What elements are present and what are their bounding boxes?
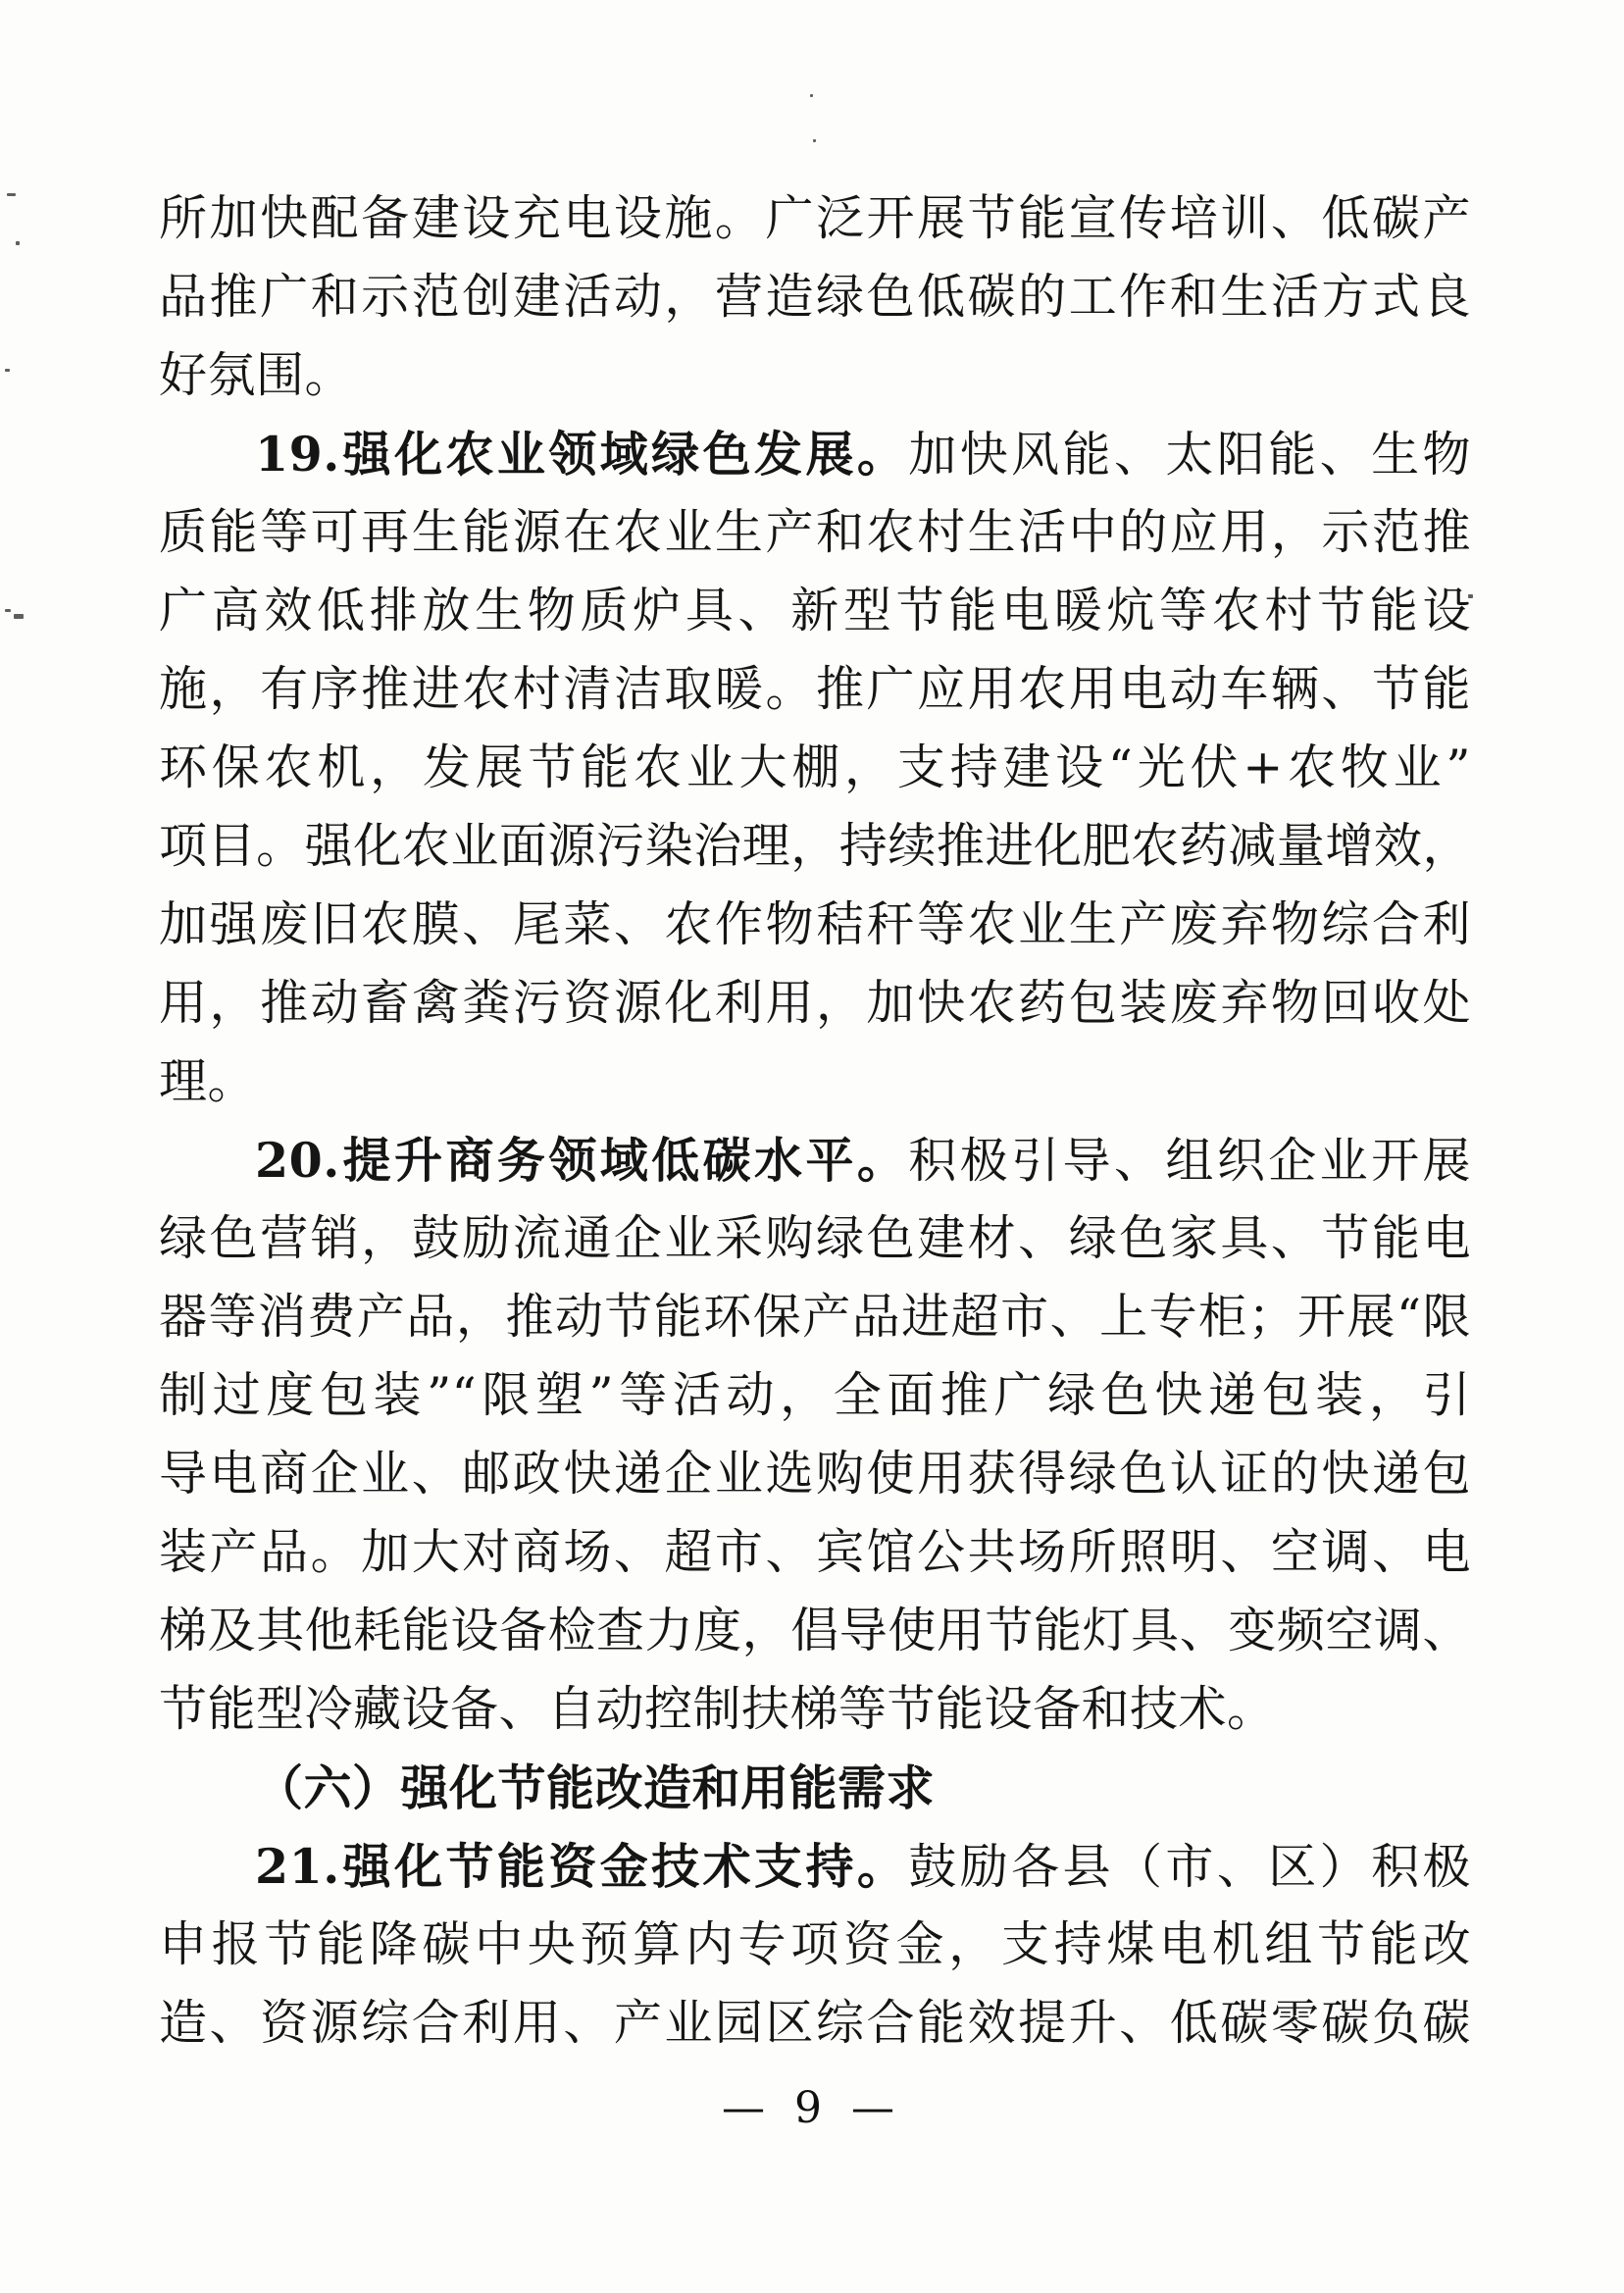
para-19-heading: 19.强化农业领域绿色发展。 xyxy=(255,426,908,483)
text-line-16: 制过度包装”“限塑”等活动，全面推广绿色快递包装，引 xyxy=(159,1356,1471,1435)
text-line-5: 质能等可再生能源在农业生产和农村生活中的应用，示范推 xyxy=(159,493,1471,572)
line-11-text: 用，推动畜禽粪污资源化利用，加快农药包装废弃物回收处 xyxy=(159,975,1471,1031)
text-line-17: 导电商企业、邮政快递企业选购使用获得绿色认证的快递包 xyxy=(159,1435,1471,1513)
text-line-18: 装产品。加大对商场、超市、宾馆公共场所照明、空调、电 xyxy=(159,1513,1471,1592)
text-line-9: 项目。强化农业面源污染治理，持续推进化肥农药减量增效， xyxy=(159,807,1471,886)
document-body: 所加快配备建设充电设施。广泛开展节能宣传培训、低碳产 品推广和示范创建活动，营造… xyxy=(159,179,1471,2063)
margin-speck xyxy=(5,369,10,372)
text-line-24: 造、资源综合利用、产业园区综合能效提升、低碳零碳负碳 xyxy=(159,1984,1471,2063)
margin-speck xyxy=(5,609,11,612)
section-6-heading: （六）强化节能改造和用能需求 xyxy=(255,1759,935,1816)
line-8-text: 环保农机，发展节能农业大棚，支持建设“光伏+农牧业” xyxy=(159,739,1471,795)
line-22-text: 鼓励各县（市、区）积极 xyxy=(908,1839,1471,1895)
text-line-8: 环保农机，发展节能农业大棚，支持建设“光伏+农牧业” xyxy=(159,729,1471,807)
line-12-text: 理。 xyxy=(159,1053,256,1109)
text-line-7: 施，有序推进农村清洁取暖。推广应用农用电动车辆、节能 xyxy=(159,650,1471,729)
text-line-1: 所加快配备建设充电设施。广泛开展节能宣传培训、低碳产 xyxy=(159,179,1471,258)
text-line-14: 绿色营销，鼓励流通企业采购绿色建材、绿色家具、节能电 xyxy=(159,1199,1471,1278)
line-3-text: 好氛围。 xyxy=(159,347,353,403)
line-16-text: 制过度包装”“限塑”等活动，全面推广绿色快递包装，引 xyxy=(159,1367,1471,1423)
line-10-text: 加强废旧农膜、尾菜、农作物秸秆等农业生产废弃物综合利 xyxy=(159,896,1471,952)
margin-speck xyxy=(810,94,813,97)
page-number: — 9 — xyxy=(0,2083,1624,2133)
line-7-text: 施，有序推进农村清洁取暖。推广应用农用电动车辆、节能 xyxy=(159,661,1471,717)
line-15-text: 器等消费产品，推动节能环保产品进超市、上专柜；开展“限 xyxy=(159,1289,1471,1345)
text-line-3: 好氛围。 xyxy=(159,336,1471,415)
line-6-text: 广高效低排放生物质炉具、新型节能电暖炕等农村节能设 xyxy=(159,583,1471,638)
margin-speck xyxy=(813,139,816,142)
text-line-15: 器等消费产品，推动节能环保产品进超市、上专柜；开展“限 xyxy=(159,1278,1471,1356)
document-page: 所加快配备建设充电设施。广泛开展节能宣传培训、低碳产 品推广和示范创建活动，营造… xyxy=(0,0,1624,2293)
text-line-2: 品推广和示范创建活动，营造绿色低碳的工作和生活方式良 xyxy=(159,258,1471,336)
line-23-text: 申报节能降碳中央预算内专项资金，支持煤电机组节能改 xyxy=(159,1916,1471,1972)
text-line-23: 申报节能降碳中央预算内专项资金，支持煤电机组节能改 xyxy=(159,1906,1471,1984)
line-4-text: 加快风能、太阳能、生物 xyxy=(908,427,1471,483)
text-line-12: 理。 xyxy=(159,1043,1471,1121)
margin-speck xyxy=(14,614,24,619)
line-5-text: 质能等可再生能源在农业生产和农村生活中的应用，示范推 xyxy=(159,504,1471,560)
line-19-text: 梯及其他耗能设备检查力度，倡导使用节能灯具、变频空调、 xyxy=(159,1603,1471,1658)
text-line-22: 21.强化节能资金技术支持。鼓励各县（市、区）积极 xyxy=(159,1827,1471,1906)
section-6-heading-line: （六）强化节能改造和用能需求 xyxy=(159,1749,1471,1827)
para-20-heading: 20.提升商务领域低碳水平。 xyxy=(255,1132,908,1189)
text-line-20: 节能型冷藏设备、自动控制扶梯等节能设备和技术。 xyxy=(159,1670,1471,1749)
margin-speck xyxy=(7,193,16,196)
para-21-heading: 21.强化节能资金技术支持。 xyxy=(255,1838,908,1895)
text-line-11: 用，推动畜禽粪污资源化利用，加快农药包装废弃物回收处 xyxy=(159,964,1471,1043)
text-line-4: 19.强化农业领域绿色发展。加快风能、太阳能、生物 xyxy=(159,415,1471,493)
line-17-text: 导电商企业、邮政快递企业选购使用获得绿色认证的快递包 xyxy=(159,1446,1471,1502)
text-line-6: 广高效低排放生物质炉具、新型节能电暖炕等农村节能设 xyxy=(159,572,1471,650)
line-20-text: 节能型冷藏设备、自动控制扶梯等节能设备和技术。 xyxy=(159,1681,1276,1737)
margin-speck xyxy=(16,241,20,245)
line-1-text: 所加快配备建设充电设施。广泛开展节能宣传培训、低碳产 xyxy=(159,190,1471,246)
line-2-text: 品推广和示范创建活动，营造绿色低碳的工作和生活方式良 xyxy=(159,269,1471,325)
text-line-19: 梯及其他耗能设备检查力度，倡导使用节能灯具、变频空调、 xyxy=(159,1592,1471,1670)
line-14-text: 绿色营销，鼓励流通企业采购绿色建材、绿色家具、节能电 xyxy=(159,1210,1471,1266)
line-9-text: 项目。强化农业面源污染治理，持续推进化肥农药减量增效， xyxy=(159,818,1471,874)
line-13-text: 积极引导、组织企业开展 xyxy=(908,1133,1471,1189)
text-line-10: 加强废旧农膜、尾菜、农作物秸秆等农业生产废弃物综合利 xyxy=(159,886,1471,964)
line-24-text: 造、资源综合利用、产业园区综合能效提升、低碳零碳负碳 xyxy=(159,1995,1471,2051)
line-18-text: 装产品。加大对商场、超市、宾馆公共场所照明、空调、电 xyxy=(159,1524,1471,1580)
text-line-13: 20.提升商务领域低碳水平。积极引导、组织企业开展 xyxy=(159,1121,1471,1199)
